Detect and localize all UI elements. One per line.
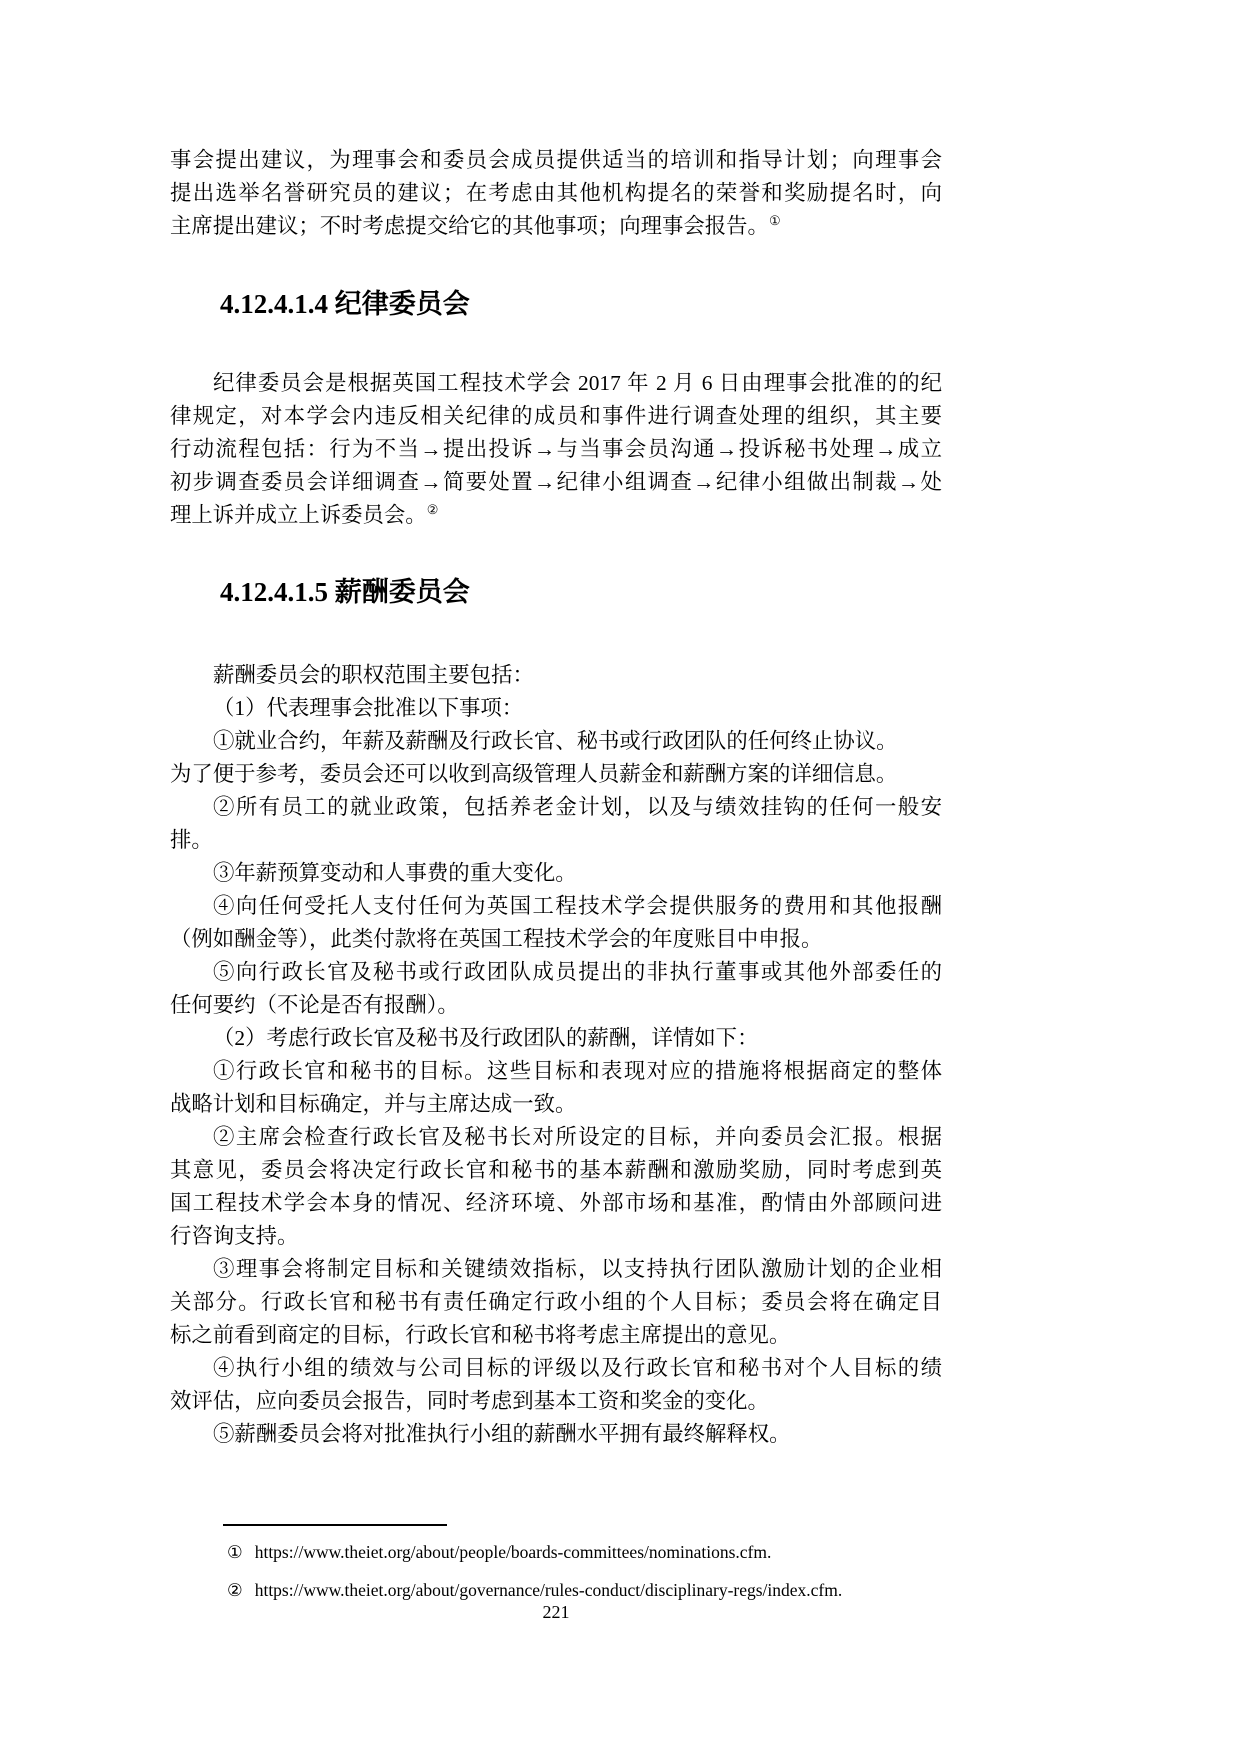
text-line: 初步调查委员会详细调查→简要处置→纪律小组调查→纪律小组做出制裁→处 [170, 466, 942, 499]
text-line-content: 行咨询支持。 [170, 1224, 298, 1248]
text-line-content: 关部分。行政长官和秘书有责任确定行政小组的个人目标；委员会将在确定目 [170, 1290, 942, 1314]
text-line: （2）考虑行政长官及秘书及行政团队的薪酬，详情如下： [170, 1022, 942, 1055]
page-number: 221 [170, 1600, 942, 1624]
text-line: 行动流程包括：行为不当→提出投诉→与当事会员沟通→投诉秘书处理→成立 [170, 433, 942, 466]
remuneration-body: 薪酬委员会的职权范围主要包括： （1）代表理事会批准以下事项： ①就业合约，年薪… [170, 659, 942, 1451]
footnote-url: https://www.theiet.org/about/governance/… [255, 1578, 843, 1602]
text-line: 效评估，应向委员会报告，同时考虑到基本工资和奖金的变化。 [170, 1385, 942, 1418]
text-line-content: 为了便于参考，委员会还可以收到高级管理人员薪金和薪酬方案的详细信息。 [170, 762, 897, 786]
text-line: ⑤薪酬委员会将对批准执行小组的薪酬水平拥有最终解释权。 [170, 1418, 942, 1451]
text-line: ①就业合约，年薪及薪酬及行政长官、秘书或行政团队的任何终止协议。 [170, 725, 942, 758]
text-line: 律规定，对本学会内违反相关纪律的成员和事件进行调查处理的组织，其主要 [170, 400, 942, 433]
text-line-content: 行动流程包括：行为不当→提出投诉→与当事会员沟通→投诉秘书处理→成立 [170, 437, 942, 461]
footnote-separator [223, 1524, 447, 1526]
text-line-content: 主席提出建议；不时考虑提交给它的其他事项；向理事会报告。 [170, 214, 769, 238]
text-line-content: 律规定，对本学会内违反相关纪律的成员和事件进行调查处理的组织，其主要 [170, 404, 942, 428]
text-line-content: 战略计划和目标确定，并与主席达成一致。 [170, 1092, 576, 1116]
text-line-content: ④执行小组的绩效与公司目标的评级以及行政长官和秘书对个人目标的绩 [213, 1356, 942, 1380]
text-line-content: 初步调查委员会详细调查→简要处置→纪律小组调查→纪律小组做出制裁→处 [170, 470, 942, 494]
footnote-2: ②https://www.theiet.org/about/governance… [227, 1578, 842, 1602]
text-line-content: （2）考虑行政长官及秘书及行政团队的薪酬，详情如下： [213, 1026, 758, 1050]
footnote-ref-2: ② [427, 502, 439, 517]
discipline-paragraph: 纪律委员会是根据英国工程技术学会 2017 年 2 月 6 日由理事会批准的的纪… [170, 367, 942, 532]
text-line-content: 提出选举名誉研究员的建议；在考虑由其他机构提名的荣誉和奖励提名时，向 [170, 181, 942, 205]
text-line: 标之前看到商定的目标，行政长官和秘书将考虑主席提出的意见。 [170, 1319, 942, 1352]
text-line: 任何要约（不论是否有报酬）。 [170, 989, 942, 1022]
text-line: ④执行小组的绩效与公司目标的评级以及行政长官和秘书对个人目标的绩 [170, 1352, 942, 1385]
text-line: 排。 [170, 824, 942, 857]
text-line-content: ④向任何受托人支付任何为英国工程技术学会提供服务的费用和其他报酬 [213, 894, 942, 918]
text-line: （例如酬金等），此类付款将在英国工程技术学会的年度账目中申报。 [170, 923, 942, 956]
footnote-ref-1: ① [769, 213, 781, 228]
text-line: 事会提出建议，为理事会和委员会成员提供适当的培训和指导计划；向理事会 [170, 144, 942, 177]
text-line-content: 薪酬委员会的职权范围主要包括： [213, 663, 534, 687]
text-line-content: ②所有员工的就业政策，包括养老金计划，以及与绩效挂钩的任何一般安 [213, 795, 942, 819]
footnote-1: ①https://www.theiet.org/about/people/boa… [227, 1540, 771, 1564]
text-line: 提出选举名誉研究员的建议；在考虑由其他机构提名的荣誉和奖励提名时，向 [170, 177, 942, 210]
footnote-url: https://www.theiet.org/about/people/boar… [255, 1540, 772, 1564]
text-line-content: ⑤薪酬委员会将对批准执行小组的薪酬水平拥有最终解释权。 [213, 1422, 791, 1446]
text-line: ⑤向行政长官及秘书或行政团队成员提出的非执行董事或其他外部委任的 [170, 956, 942, 989]
text-line: （1）代表理事会批准以下事项： [170, 692, 942, 725]
document-page: 事会提出建议，为理事会和委员会成员提供适当的培训和指导计划；向理事会 提出选举名… [0, 0, 1240, 1753]
text-line: 纪律委员会是根据英国工程技术学会 2017 年 2 月 6 日由理事会批准的的纪 [170, 367, 942, 400]
text-line: 关部分。行政长官和秘书有责任确定行政小组的个人目标；委员会将在确定目 [170, 1286, 942, 1319]
text-line: ①行政长官和秘书的目标。这些目标和表现对应的措施将根据商定的整体 [170, 1055, 942, 1088]
text-line: ②主席会检查行政长官及秘书长对所设定的目标，并向委员会汇报。根据 [170, 1121, 942, 1154]
text-line: 薪酬委员会的职权范围主要包括： [170, 659, 942, 692]
text-line-content: ①就业合约，年薪及薪酬及行政长官、秘书或行政团队的任何终止协议。 [213, 729, 898, 753]
text-line-content: 理上诉并成立上诉委员会。 [170, 503, 427, 527]
text-line-content: 效评估，应向委员会报告，同时考虑到基本工资和奖金的变化。 [170, 1389, 769, 1413]
text-line: 理上诉并成立上诉委员会。② [170, 499, 942, 532]
text-line-content: ③理事会将制定目标和关键绩效指标，以支持执行团队激励计划的企业相 [213, 1257, 942, 1281]
heading-remuneration-committee: 4.12.4.1.5 薪酬委员会 [220, 576, 470, 609]
text-line: ②所有员工的就业政策，包括养老金计划，以及与绩效挂钩的任何一般安 [170, 791, 942, 824]
text-line: ③理事会将制定目标和关键绩效指标，以支持执行团队激励计划的企业相 [170, 1253, 942, 1286]
text-line-content: ②主席会检查行政长官及秘书长对所设定的目标，并向委员会汇报。根据 [213, 1125, 942, 1149]
text-line: ④向任何受托人支付任何为英国工程技术学会提供服务的费用和其他报酬 [170, 890, 942, 923]
text-line-content: 标之前看到商定的目标，行政长官和秘书将考虑主席提出的意见。 [170, 1323, 790, 1347]
text-line-content: （1）代表理事会批准以下事项： [213, 696, 523, 720]
text-line-content: ③年薪预算变动和人事费的重大变化。 [213, 861, 577, 885]
footnote-marker: ② [227, 1578, 243, 1602]
text-line-content: ⑤向行政长官及秘书或行政团队成员提出的非执行董事或其他外部委任的 [213, 960, 942, 984]
text-line: 国工程技术学会本身的情况、经济环境、外部市场和基准，酌情由外部顾问进 [170, 1187, 942, 1220]
intro-paragraph: 事会提出建议，为理事会和委员会成员提供适当的培训和指导计划；向理事会 提出选举名… [170, 144, 942, 243]
text-line-content: 事会提出建议，为理事会和委员会成员提供适当的培训和指导计划；向理事会 [170, 148, 942, 172]
text-line-content: （例如酬金等），此类付款将在英国工程技术学会的年度账目中申报。 [170, 927, 822, 951]
text-line: ③年薪预算变动和人事费的重大变化。 [170, 857, 942, 890]
footnote-marker: ① [227, 1540, 243, 1564]
text-line-content: 其意见，委员会将决定行政长官和秘书的基本薪酬和激励奖励，同时考虑到英 [170, 1158, 942, 1182]
text-line-content: 纪律委员会是根据英国工程技术学会 2017 年 2 月 6 日由理事会批准的的纪 [213, 371, 942, 395]
text-line: 战略计划和目标确定，并与主席达成一致。 [170, 1088, 942, 1121]
text-line: 主席提出建议；不时考虑提交给它的其他事项；向理事会报告。① [170, 210, 942, 243]
heading-discipline-committee: 4.12.4.1.4 纪律委员会 [220, 288, 470, 321]
text-line: 为了便于参考，委员会还可以收到高级管理人员薪金和薪酬方案的详细信息。 [170, 758, 942, 791]
text-line-content: 排。 [170, 828, 213, 852]
text-line: 其意见，委员会将决定行政长官和秘书的基本薪酬和激励奖励，同时考虑到英 [170, 1154, 942, 1187]
text-line-content: 国工程技术学会本身的情况、经济环境、外部市场和基准，酌情由外部顾问进 [170, 1191, 942, 1215]
text-line-content: ①行政长官和秘书的目标。这些目标和表现对应的措施将根据商定的整体 [213, 1059, 942, 1083]
text-line-content: 任何要约（不论是否有报酬）。 [170, 993, 459, 1017]
text-line: 行咨询支持。 [170, 1220, 942, 1253]
